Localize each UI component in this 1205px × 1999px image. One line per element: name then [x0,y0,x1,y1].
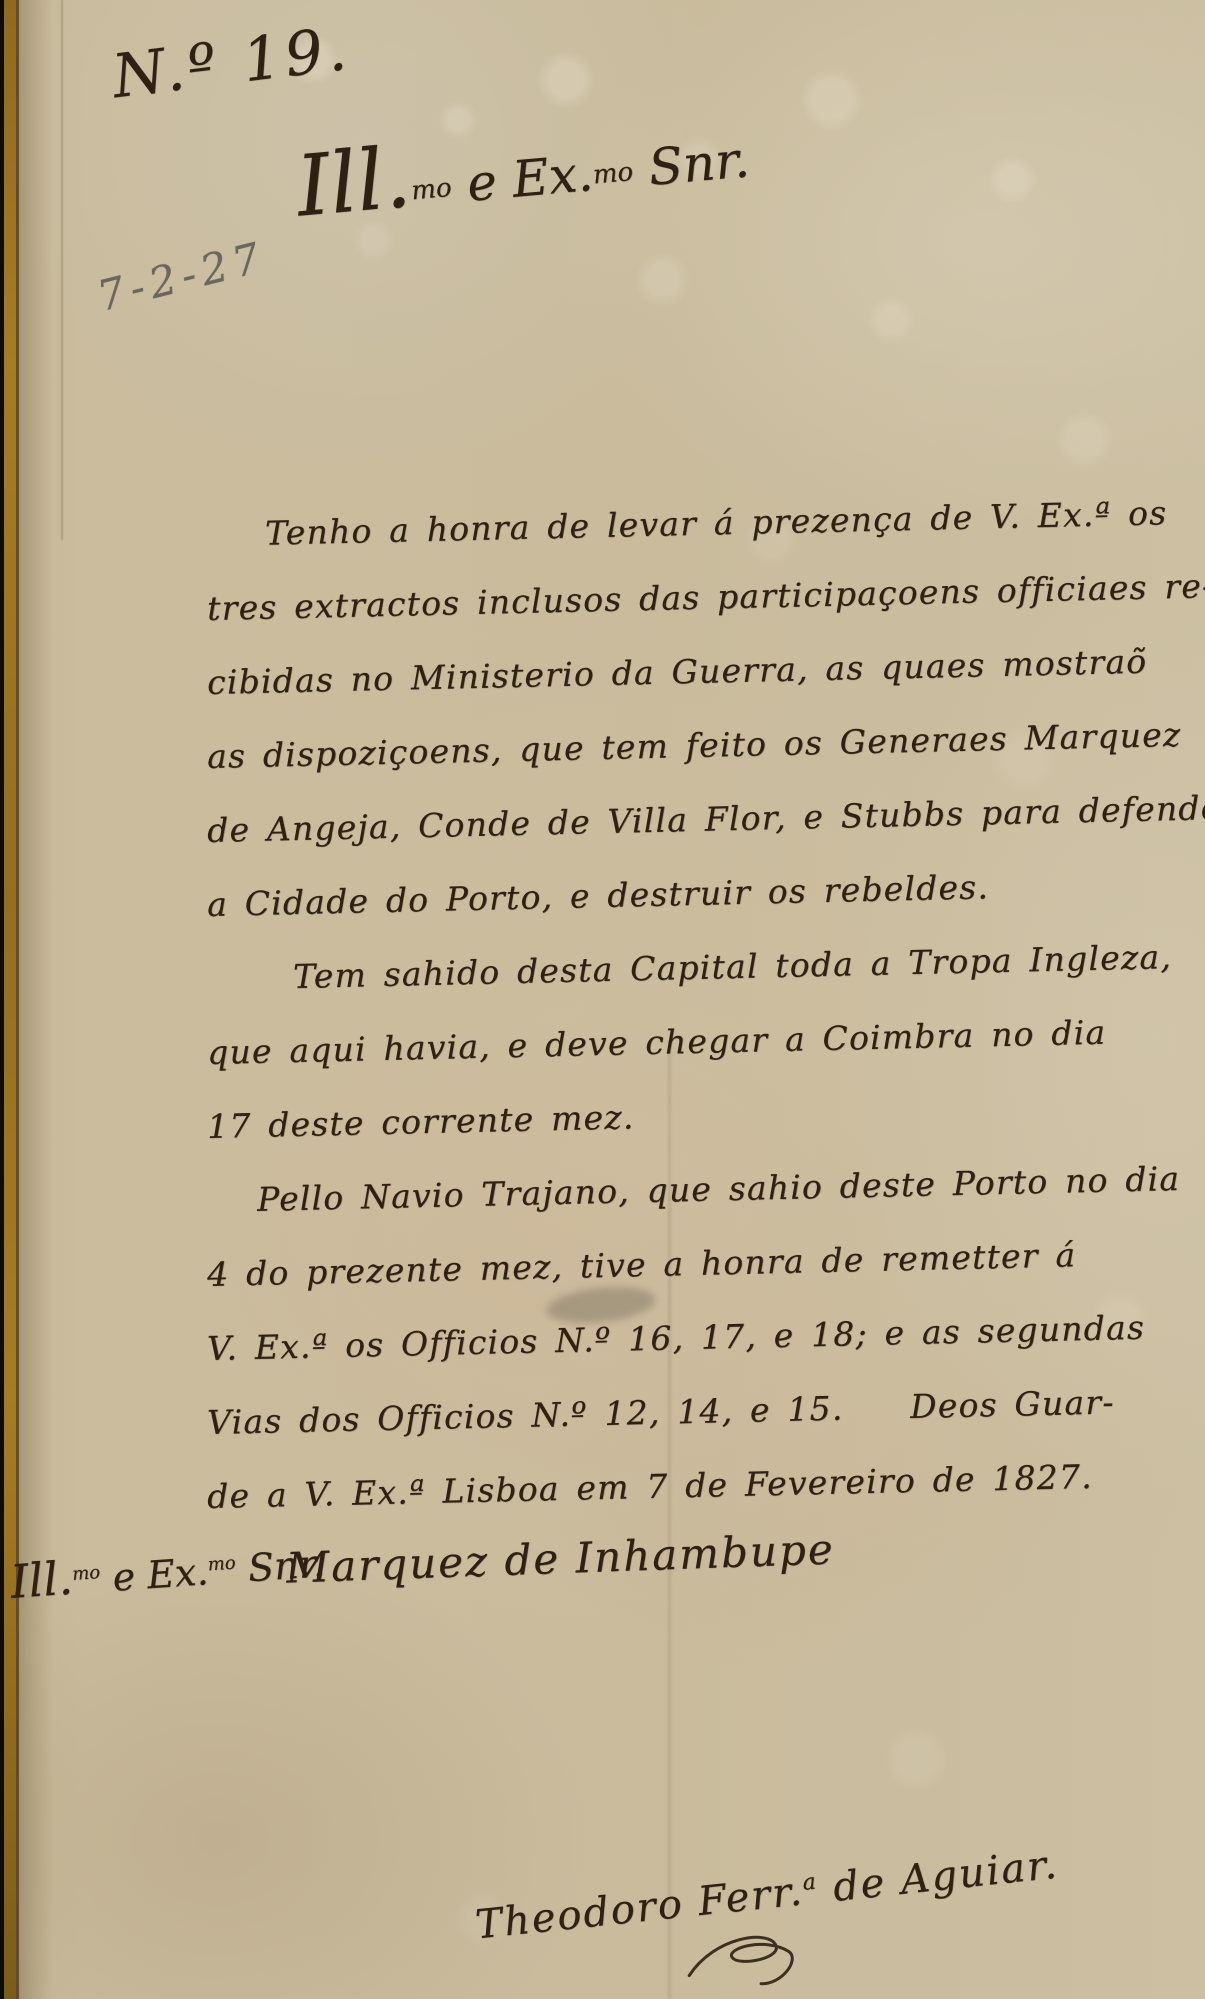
paper-crease-left [61,0,63,540]
footer-address-part: Ill. [8,1551,74,1609]
salutation-superscript: mo [592,157,635,190]
docket-signature-part: de Aguiar. [816,1842,1061,1913]
sender-signature: Marquez de Inhambupe [285,1524,835,1592]
document-number: N.º 19. [109,14,354,113]
salutation-part: Ill. [293,128,415,236]
salutation-part: Snr. [630,130,751,198]
binding-inner-shadow [19,0,53,1999]
letter-body: Tenho a honra de levar á prezença de V. … [208,498,1205,1534]
footer-address-part: e Ex. [99,1549,210,1600]
footer-address-superscript: mo [207,1553,236,1576]
footer-address-superscript: mo [71,1562,100,1585]
salutation: Ill.mo e Ex.mo Snr. [293,98,753,235]
manuscript-page: N.º 19. 7-2-27 Ill.mo e Ex.mo Snr. Tenho… [0,0,1205,1999]
salutation-superscript: mo [410,173,453,206]
pencil-date-annotation: 7-2-27 [93,232,271,321]
footer-address: Ill.mo e Ex.mo Snr. [8,1533,326,1609]
binding-edge [4,0,16,1999]
salutation-part: e Ex. [449,144,595,214]
signature-rubric-flourish [674,1919,812,1999]
